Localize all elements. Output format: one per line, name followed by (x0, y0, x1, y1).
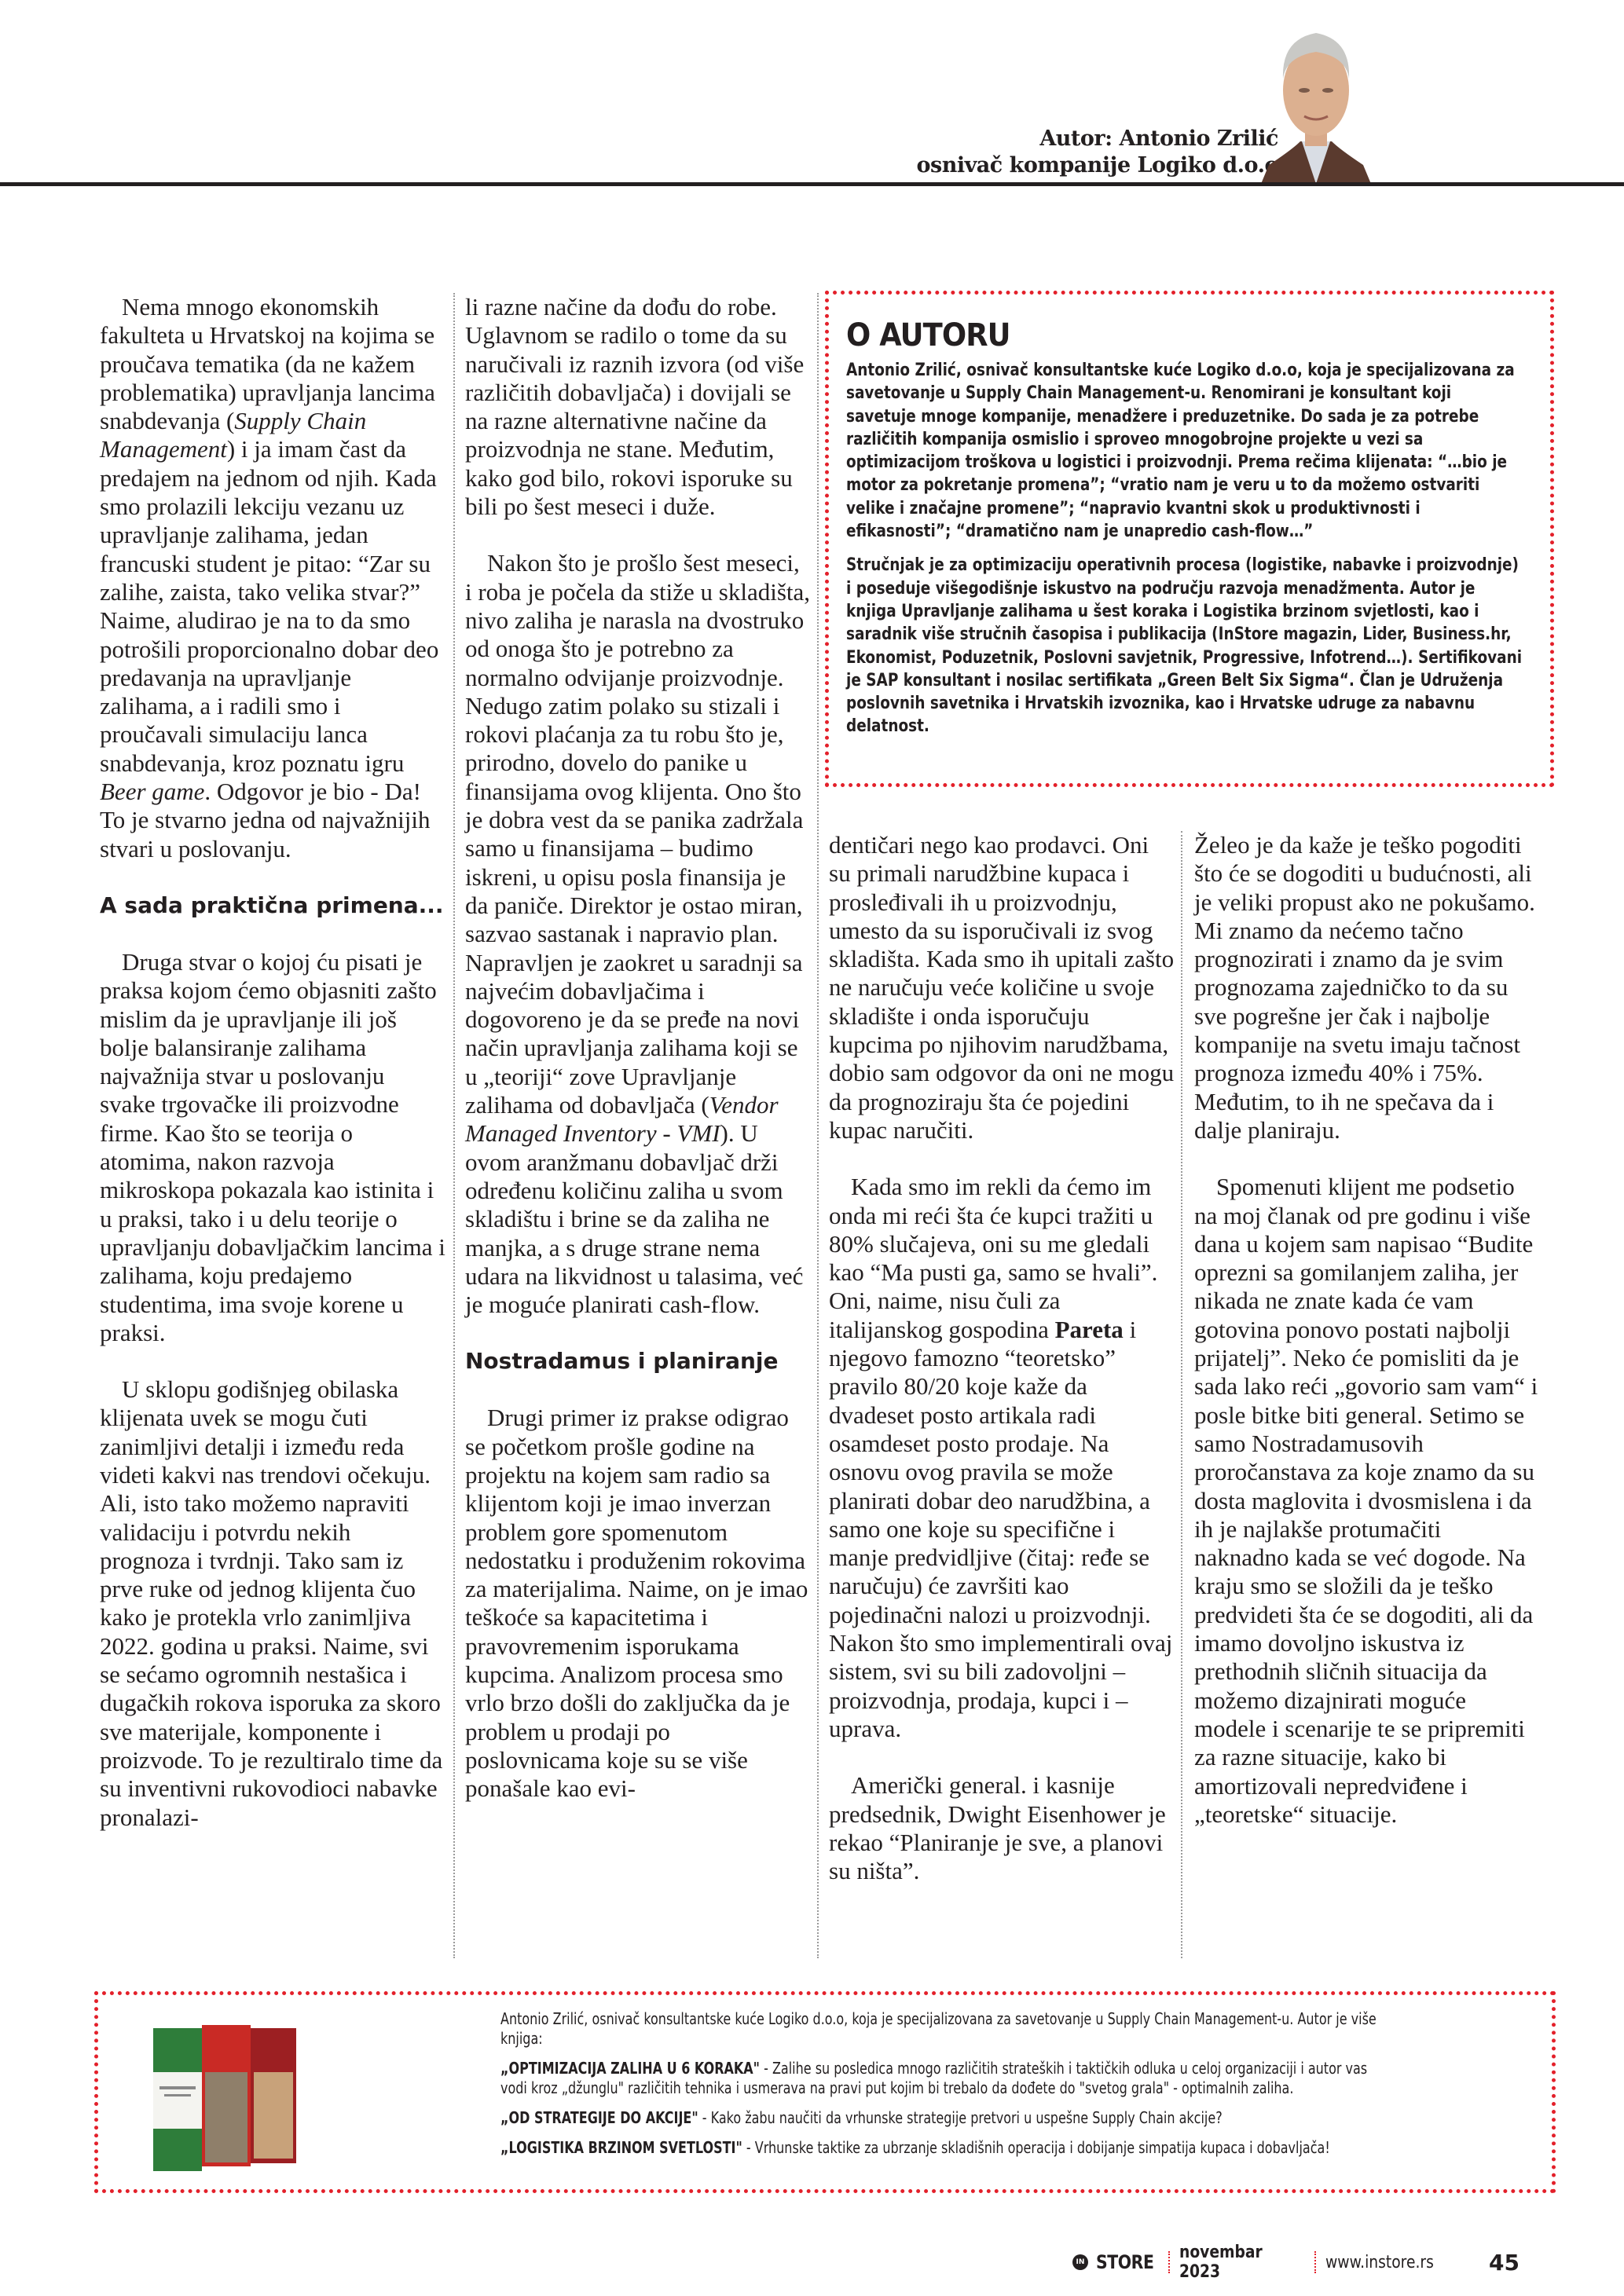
paragraph: Kada smo im rekli da ćemo im onda mi reć… (829, 1173, 1175, 1743)
paragraph: li razne načine da dođu do robe. Uglavno… (465, 293, 811, 521)
paragraph: Druga stvar o kojoj ću pisati je praksa … (100, 948, 445, 1347)
section-heading: Nostradamus i planiranje (465, 1347, 811, 1375)
paragraph: dentičari nego kao prodavci. Oni su prim… (829, 831, 1175, 1144)
paragraph: Nema mnogo ekonomskih fakulteta u Hrvats… (100, 293, 445, 863)
instore-logo-icon: IN (1072, 2254, 1088, 2270)
footer-separator (1314, 2251, 1316, 2273)
header-rule (0, 182, 1624, 186)
issue-date: novembar 2023 (1179, 2243, 1286, 2282)
page-number: 45 (1489, 2250, 1520, 2276)
about-paragraph: Stručnjak je za optimizaciju operativnih… (846, 554, 1523, 738)
article-column-3: dentičari nego kao prodavci. Oni su prim… (829, 831, 1175, 1913)
book-covers-icon (145, 2017, 302, 2174)
paragraph: Američki general. i kasnije predsednik, … (829, 1771, 1175, 1885)
article-column-4: Želeo je da kaže je teško pogoditi što ć… (1194, 831, 1540, 1857)
about-author-box: O AUTORU Antonio Zrilić, osnivač konsult… (825, 291, 1554, 787)
column-divider (1181, 831, 1182, 1958)
column-divider (453, 293, 455, 1958)
article-column-2: li razne načine da dođu do robe. Uglavno… (465, 293, 811, 1832)
paragraph: Spomenuti klijent me podsetio na moj čla… (1194, 1173, 1540, 1829)
books-image (145, 2017, 302, 2174)
column-divider (817, 293, 819, 1958)
paragraph: Želeo je da kaže je teško pogoditi što ć… (1194, 831, 1540, 1144)
author-photo (1261, 16, 1371, 184)
books-intro: Antonio Zrilić, osnivač konsultantske ku… (500, 2009, 1393, 2049)
paragraph: Nakon što je prošlo šest meseci, i roba … (465, 549, 811, 1319)
author-role: osnivač kompanije Logiko d.o.o (917, 152, 1278, 179)
website-link[interactable]: www.instore.rs (1325, 2253, 1432, 2272)
books-box: Antonio Zrilić, osnivač konsultantske ku… (94, 1991, 1556, 2193)
instore-logo-text: STORE (1096, 2251, 1149, 2273)
books-description: Antonio Zrilić, osnivač konsultantske ku… (500, 2009, 1393, 2168)
paragraph: U sklopu godišnjeg obilaska klijenata uv… (100, 1375, 445, 1832)
portrait-icon (1261, 16, 1371, 184)
book-item: „OPTIMIZACIJA ZALIHA U 6 KORAKA" - Zalih… (500, 2059, 1393, 2098)
about-title: O AUTORU (846, 317, 1478, 354)
author-name: Autor: Antonio Zrilić (917, 126, 1278, 152)
page-footer: IN STORE novembar 2023 www.instore.rs 45 (1072, 2250, 1520, 2275)
book-item: „LOGISTIKA BRZINOM SVETLOSTI" - Vrhunske… (500, 2138, 1393, 2158)
book-item: „OD STRATEGIJE DO AKCIJE" - Kako žabu na… (500, 2108, 1393, 2128)
paragraph: Drugi primer iz prakse odigrao se početk… (465, 1404, 811, 1803)
footer-separator (1168, 2251, 1170, 2273)
section-heading: A sada praktična primena... (100, 892, 445, 920)
article-column-1: Nema mnogo ekonomskih fakulteta u Hrvats… (100, 293, 445, 1860)
author-byline: Autor: Antonio Zrilić osnivač kompanije … (917, 126, 1278, 179)
about-paragraph: Antonio Zrilić, osnivač konsultantske ku… (846, 359, 1523, 543)
